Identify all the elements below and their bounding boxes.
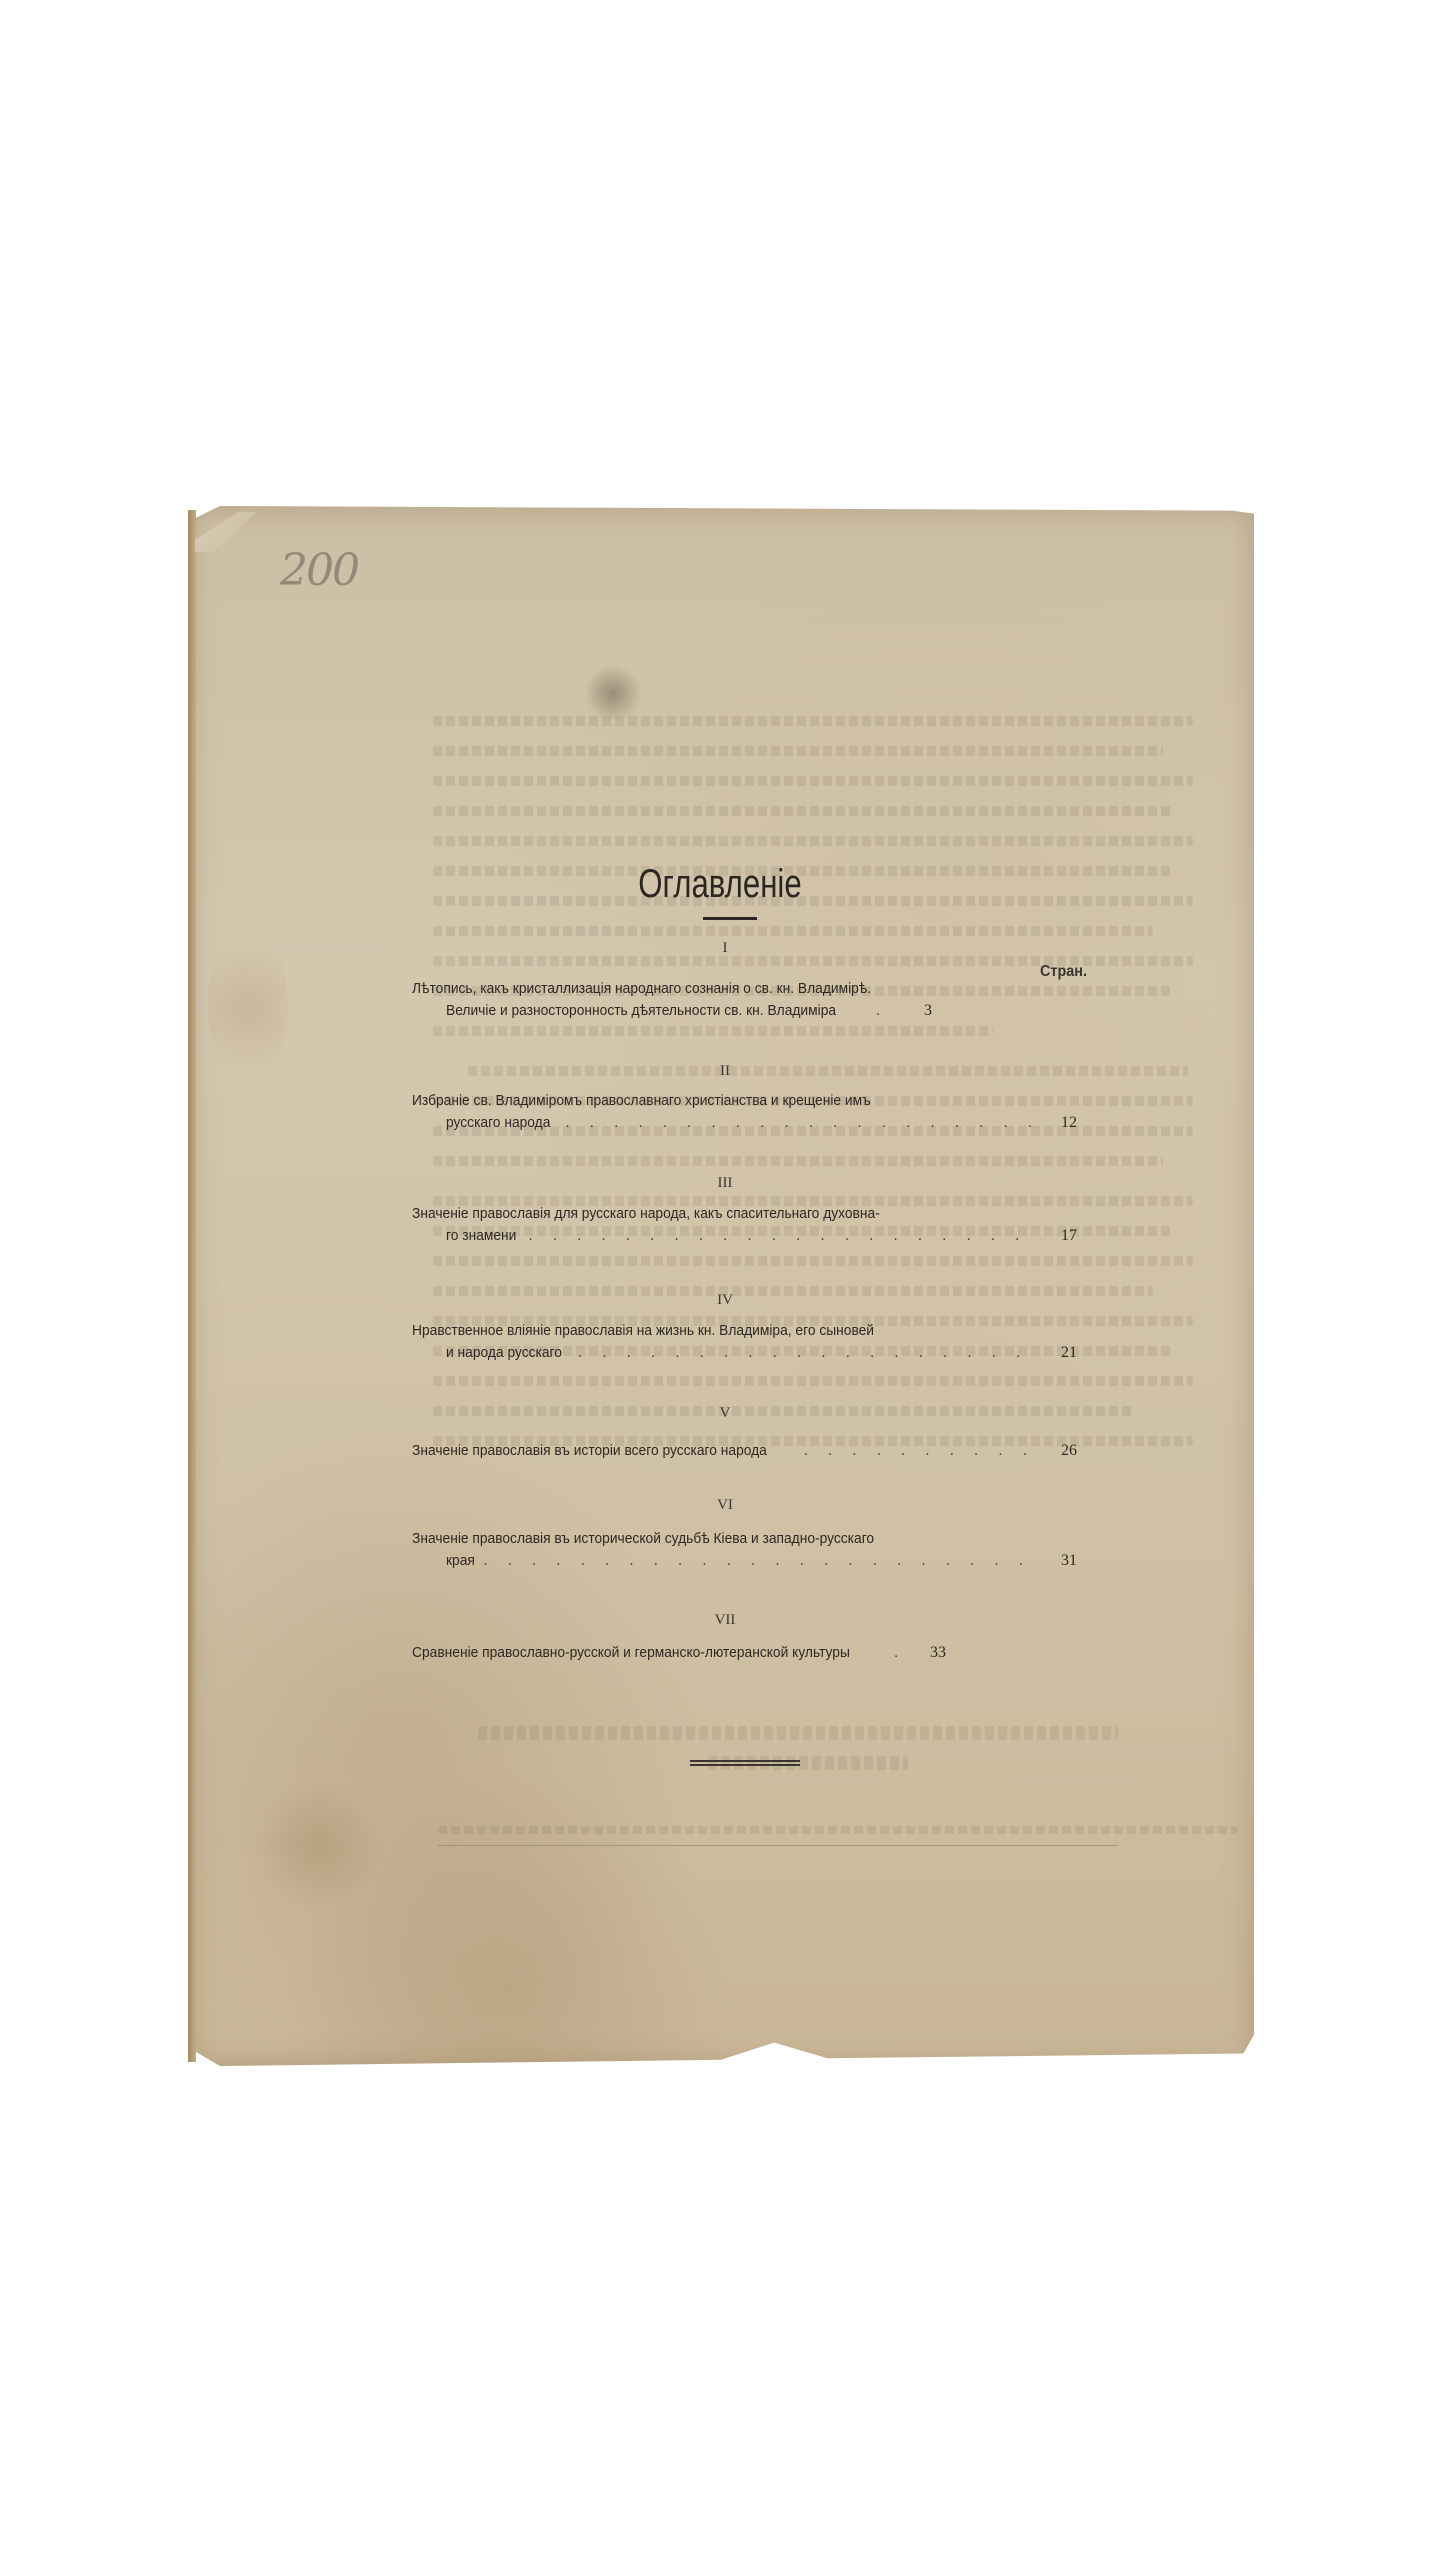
toc-entry: Значеніе православія въ исторіи всего ру… bbox=[412, 1440, 1077, 1462]
footer-rule bbox=[438, 1845, 1118, 1846]
section-numeral: III bbox=[0, 1175, 1440, 1192]
page-number: 21 bbox=[1047, 1342, 1077, 1364]
page-title: Оглавленіе bbox=[158, 862, 1281, 907]
entry-line2: русскаго народа bbox=[446, 1112, 550, 1134]
entry-line1: Значеніе православія для русскаго народа… bbox=[412, 1203, 1024, 1225]
page-number: 33 bbox=[916, 1642, 946, 1664]
dot-leader: . bbox=[876, 1000, 896, 1022]
toc-entry: Избраніе св. Владиміромъ православнаго х… bbox=[412, 1090, 1077, 1134]
toc-entry: Значеніе православія въ исторической суд… bbox=[412, 1528, 1077, 1572]
page-number: 31 bbox=[1047, 1550, 1077, 1572]
toc-entry: Нравственное вліяніе православія на жизн… bbox=[412, 1320, 1077, 1364]
entry-line2: Величіе и разносторонность дѣятельности … bbox=[446, 1000, 836, 1022]
double-rule bbox=[690, 1760, 800, 1762]
entry-line1: Избраніе св. Владиміромъ православнаго х… bbox=[412, 1090, 1024, 1112]
page-number: 3 bbox=[902, 1000, 932, 1022]
dot-leader: . . . . . . . . . . . . . . . . . . . . … bbox=[483, 1550, 1041, 1572]
page-number: 26 bbox=[1047, 1440, 1077, 1462]
dot-leader: . . . . . . . . . . . . . . . . . . . . … bbox=[565, 1112, 1041, 1134]
dot-leader: . bbox=[894, 1642, 910, 1664]
dot-leader: . . . . . . . . . . . . . . . . . . . . … bbox=[528, 1225, 1041, 1247]
title-rule bbox=[703, 917, 757, 920]
page-number: 17 bbox=[1047, 1225, 1077, 1247]
toc-entry: Сравненіе православно-русской и германск… bbox=[412, 1642, 1077, 1664]
entry-line2: и народа русскаго bbox=[446, 1342, 562, 1364]
section-numeral: VII bbox=[0, 1612, 1440, 1629]
entry-line2: края bbox=[446, 1550, 475, 1572]
entry-line2: го знамени bbox=[446, 1225, 516, 1247]
section-numeral: V bbox=[0, 1405, 1440, 1422]
entry-line2: Сравненіе православно-русской и германск… bbox=[412, 1642, 850, 1664]
section-numeral: IV bbox=[0, 1292, 1440, 1309]
table-of-contents: Оглавленіе I Стран. Лѣтопись, какъ крист… bbox=[0, 0, 1440, 2560]
dot-leader: . . . . . . . . . . . . . . . . . . . . … bbox=[578, 1342, 1041, 1364]
entry-line2: Значеніе православія въ исторіи всего ру… bbox=[412, 1440, 767, 1462]
page-number: 12 bbox=[1047, 1112, 1077, 1134]
section-numeral: II bbox=[0, 1063, 1440, 1080]
section-numeral: VI bbox=[0, 1497, 1440, 1514]
entry-line1: Значеніе православія въ исторической суд… bbox=[412, 1528, 1024, 1550]
entry-line1: Нравственное вліяніе православія на жизн… bbox=[412, 1320, 1024, 1342]
section-numeral: I bbox=[0, 940, 1440, 957]
toc-entry: Лѣтопись, какъ кристаллизація народнаго … bbox=[412, 978, 1077, 1022]
entry-line1: Лѣтопись, какъ кристаллизація народнаго … bbox=[412, 978, 1024, 1000]
dot-leader: . . . . . . . . . . . . . . . . . . . . … bbox=[804, 1440, 1041, 1462]
toc-entry: Значеніе православія для русскаго народа… bbox=[412, 1203, 1077, 1247]
